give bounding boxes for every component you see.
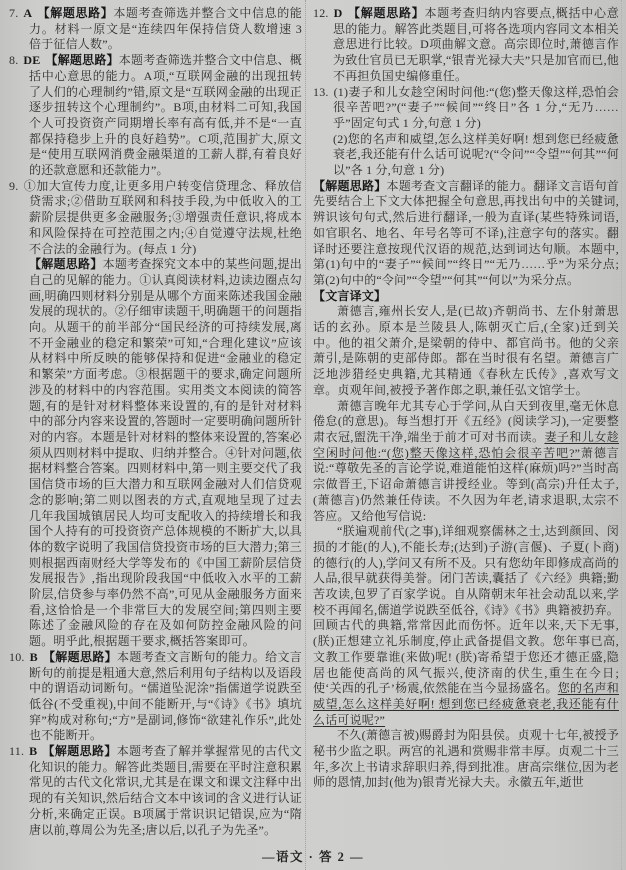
question-number: 11.	[9, 744, 24, 758]
explain-label: 【解题思路】	[45, 53, 118, 67]
translation-paragraph-4: 不久(萧德言被)赐爵封为阳县侯。贞观十七年,被授予秘书少监之职。两宫的礼遇和赏赐…	[313, 728, 619, 791]
question-number: 10.	[9, 650, 25, 664]
explain-label: 【解题思路】	[347, 6, 424, 20]
left-column: 7.A【解题思路】本题考查筛选并整合文中信息的能力。材料一原文是“连续四年保持信…	[9, 6, 302, 838]
question-number: 8.	[9, 53, 18, 67]
question-13-part1: 13.(1)妻子和儿女趁空闲时问他:“(您)整天像这样,恐怕会很辛苦吧?”(“妻…	[313, 85, 619, 132]
translation-answer-1: (1)妻子和儿女趁空闲时问他:“(您)整天像这样,恐怕会很辛苦吧?”(“妻子”“…	[333, 85, 619, 130]
page-footer: —语文 · 答 2 —	[0, 847, 626, 865]
page-right-edge-line	[621, 0, 622, 870]
explain-label: 【解题思路】	[43, 650, 117, 664]
question-11: 11.B【解题思路】本题考查了解并掌握常见的古代文化知识的能力。解答此类题目,需…	[9, 744, 302, 838]
translation-header: 【文言译文】	[313, 289, 619, 305]
column-divider	[305, 0, 306, 870]
question-12: 12.D【解题思路】本题考查归纳内容要点,概括中心意思的能力。解答此类题目,可将…	[313, 6, 619, 85]
question-9-answer: 9.①加大宣传力度,让更多用户转变信贷理念、释放信贷需求;②借助互联网和科技手段…	[9, 179, 302, 258]
question-13-part2: (2)您的名声和威望,怎么这样美好啊! 想到您已经疲惫衰老,我还能有什么话可说呢…	[313, 132, 619, 179]
explain-label: 【解题思路】	[29, 257, 103, 271]
answer-sheet-page: 7.A【解题思路】本题考查筛选并整合文中信息的能力。材料一原文是“连续四年保持信…	[0, 0, 626, 870]
translation-answer-2: (2)您的名声和威望,怎么这样美好啊! 想到您已经疲惫衰老,我还能有什么话可说呢…	[333, 132, 619, 177]
question-number: 7.	[9, 6, 18, 20]
right-column: 12.D【解题思路】本题考查归纳内容要点,概括中心意思的能力。解答此类题目,可将…	[313, 6, 619, 791]
explain-text: 本题考查筛选并整合文中信息、概括中心意思的能力。A项,“互联网金融的出现扭转了人…	[29, 53, 302, 177]
explain-label: 【解题思路】	[37, 6, 113, 20]
question-10: 10.B【解题思路】本题考查文言断句的能力。给文言断句的前提是粗通大意,然后利用…	[9, 650, 302, 744]
answer-text: ①加大宣传力度,让更多用户转变信贷理念、释放信贷需求;②借助互联网和科技手段,为…	[23, 179, 302, 256]
translation-paragraph-1: 萧德言,雍州长安人,是(已故)齐朝尚书、左仆射萧思话的玄孙。原本是兰陵县人,陈朝…	[313, 304, 619, 398]
explain-text: 本题考查文言翻译的能力。翻译文言语句首先要结合上下文大体把握全句意思,再找出句中…	[313, 179, 619, 287]
answer-letter: B	[30, 650, 38, 664]
question-number: 9.	[9, 179, 18, 193]
question-number: 12.	[313, 6, 329, 20]
translation-paragraph-3: “朕遍观前代(之事),详细观察儒林之士,达到颜回、闵损的才能(的人),不能长寿;…	[313, 524, 619, 728]
answer-letter: D	[334, 6, 343, 20]
explain-label: 【解题思路】	[42, 744, 116, 758]
question-8: 8.DE【解题思路】本题考查筛选并整合文中信息、概括中心意思的能力。A项,“互联…	[9, 53, 302, 179]
question-9-explanation: 【解题思路】本题考查探究文本中的某些问题,提出自己的见解的能力。①认真阅读材料,…	[9, 257, 302, 650]
question-13-explanation: 【解题思路】本题考查文言翻译的能力。翻译文言语句首先要结合上下文大体把握全句意思…	[313, 179, 619, 289]
answer-letter: DE	[23, 53, 40, 67]
translation-paragraph-2: 萧德言晚年尤其专心于学问,从白天到夜里,毫无休息倦怠(的意思)。每当想打开《五经…	[313, 399, 619, 525]
answer-letter: B	[29, 744, 37, 758]
answer-letter: A	[23, 6, 32, 20]
explain-text: 本题考查探究文本中的某些问题,提出自己的见解的能力。①认真阅读材料,边读边圈点勾…	[29, 257, 302, 648]
question-number: 13.	[313, 85, 329, 99]
question-7: 7.A【解题思路】本题考查筛选并整合文中信息的能力。材料一原文是“连续四年保持信…	[9, 6, 302, 53]
explain-label: 【解题思路】	[313, 179, 386, 193]
